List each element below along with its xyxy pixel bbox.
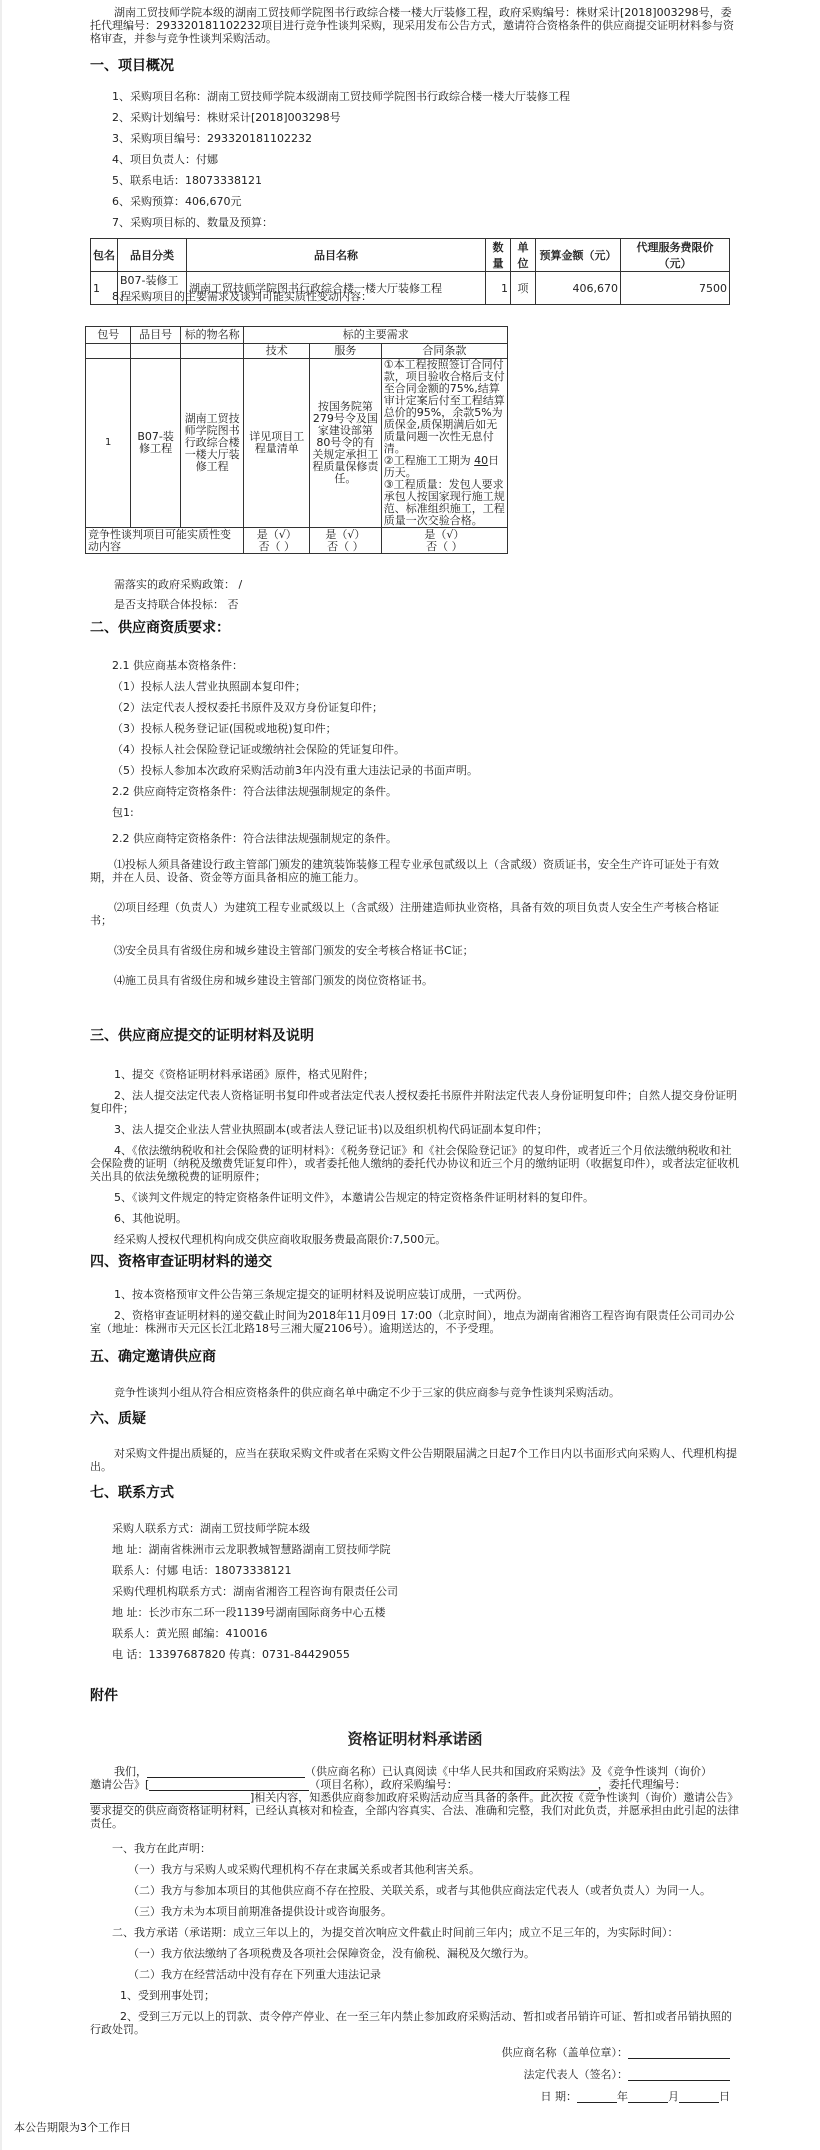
- record-item: 2、受到三万元以上的罚款、责令停产停业、在一至三年内禁止参加政府采购活动、暂扣或…: [90, 2010, 740, 2036]
- submission-list: 1、按本资格预审文件公告第三条规定提交的证明材料及说明应装订成册，一式两份。 2…: [90, 1288, 740, 1335]
- table-header: 数量: [486, 239, 511, 272]
- table-cell: 406,670: [536, 272, 621, 305]
- section-1-title: 一、项目概况: [90, 55, 174, 75]
- document-page: 湖南工贸技师学院本级的湖南工贸技师学院图书行政综合楼一楼大厅装修工程，政府采购编…: [0, 0, 820, 2150]
- submission-item: 2、资格审查证明材料的递交截止时间为2018年11月09日 17:00（北京时间…: [90, 1309, 740, 1335]
- basic-qual-title: 2.1 供应商基本资格条件：: [90, 659, 740, 673]
- section-7-title: 七、联系方式: [90, 1482, 174, 1502]
- table-cell: B07-装修工程: [131, 359, 180, 528]
- declaration-item: （二）我方与参加本项目的其他供应商不存在控股、关联关系，或者与其他供应商法定代表…: [90, 1884, 740, 1898]
- representative-signature-line: 法定代表人（签名）：: [422, 2068, 730, 2081]
- section-3-title: 三、供应商应提交的证明材料及说明: [90, 1025, 314, 1045]
- basic-qual-item: （4）投标人社会保险登记证或缴纳社会保险的凭证复印件。: [90, 743, 740, 757]
- requirements-table: 包号 品目号 标的物名称 标的主要需求 技术 服务 合同条款 1 B07-装修工…: [85, 326, 508, 554]
- signature-block: 供应商名称（盖单位章）： 法定代表人（签名）： 日 期：年月日: [422, 2046, 730, 2103]
- contact-line: 联系人：黄光照 邮编：410016: [90, 1627, 740, 1641]
- section-2-title: 二、供应商资质要求：: [90, 617, 230, 637]
- basic-qual-item: （5）投标人参加本次政府采购活动前3年内没有重大违法记录的书面声明。: [90, 764, 740, 778]
- declaration-title: 一、我方在此声明：: [90, 1842, 740, 1856]
- contact-line: 地 址：湖南省株洲市云龙职教城智慧路湖南工贸技师学院: [90, 1543, 740, 1557]
- yes-no-service: 是（√）否（ ）: [310, 528, 382, 554]
- table-header: 品目名称: [187, 239, 486, 272]
- project-name-blank: [149, 1779, 309, 1791]
- contact-line: 联系人：付娜 电话：18073338121: [90, 1564, 740, 1578]
- table-cell: 项: [511, 272, 536, 305]
- special-req-item: ⑴投标人须具备建设行政主管部门颁发的建筑装饰装修工程专业承包贰级以上（含贰级）资…: [90, 858, 740, 884]
- promise-item: （一）我方依法缴纳了各项税费及各项社会保障资金，没有偷税、漏税及欠缴行为。: [90, 1947, 740, 1961]
- contact-line: 采购人联系方式：湖南工贸技师学院本级: [90, 1522, 740, 1536]
- policy-line: 需落实的政府采购政策： /: [92, 578, 242, 592]
- table-header: 预算金额（元）: [536, 239, 621, 272]
- intro-section: 湖南工贸技师学院本级的湖南工贸技师学院图书行政综合楼一楼大厅装修工程，政府采购编…: [90, 6, 740, 45]
- contract-terms-cell: ①本工程按照签订合同付款，项目验收合格后支付至合同金额的75%,结算审计定案后付…: [381, 359, 507, 528]
- overview-item-8: 8、采购项目的主要需求及谈判可能实质性变动内容：: [90, 290, 372, 304]
- consortium-line: 是否支持联合体投标： 否: [92, 598, 239, 612]
- table-header: 包名: [91, 239, 118, 272]
- overview-item: 1、采购项目名称：湖南工贸技师学院本级湖南工贸技师学院图书行政综合楼一楼大厅装修…: [90, 90, 740, 104]
- yes-no-tech: 是（√）否（ ）: [244, 528, 310, 554]
- table-footer-label: 竞争性谈判项目可能实质性变动内容: [86, 528, 244, 554]
- notice-period-footer: 本公告期限为3个工作日: [14, 2121, 131, 2134]
- table-header: 合同条款: [381, 344, 507, 359]
- table-cell: 详见项目工程量清单: [244, 359, 310, 528]
- submission-item: 1、按本资格预审文件公告第三条规定提交的证明材料及说明应装订成册，一式两份。: [90, 1288, 740, 1301]
- declaration-item: （三）我方未为本项目前期准备提供设计或咨询服务。: [90, 1905, 740, 1919]
- date-line: 日 期：年月日: [422, 2090, 730, 2103]
- year-blank: [577, 2091, 617, 2103]
- contract-term-3: ③工程质量：发包人要求承包人按国家现行施工规范、标准组织施工，工程质量一次交验合…: [384, 478, 505, 527]
- attachment-label: 附件: [90, 1685, 118, 1705]
- contact-line: 地 址：长沙市东二环一段1139号湖南国际商务中心五楼: [90, 1606, 740, 1620]
- section-5-text: 竞争性谈判小组从符合相应资格条件的供应商名单中确定不少于三家的供应商参与竞争性谈…: [90, 1386, 740, 1399]
- project-overview-list: 1、采购项目名称：湖南工贸技师学院本级湖南工贸技师学院图书行政综合楼一楼大厅装修…: [90, 90, 740, 230]
- declaration-section: 一、我方在此声明： （一）我方与采购人或采购代理机构不存在隶属关系或者其他利害关…: [90, 1842, 740, 2036]
- table-header: 服务: [310, 344, 382, 359]
- table-header: 品目分类: [118, 239, 187, 272]
- table-header: 标的主要需求: [244, 327, 508, 344]
- section-5-title: 五、确定邀请供应商: [90, 1346, 216, 1366]
- overview-item: 5、联系电话：18073338121: [90, 174, 740, 188]
- contact-list: 采购人联系方式：湖南工贸技师学院本级 地 址：湖南省株洲市云龙职教城智慧路湖南工…: [90, 1522, 740, 1662]
- promise-item: （二）我方在经营活动中没有存在下列重大违法记录: [90, 1968, 740, 1982]
- table-cell: 1: [86, 359, 131, 528]
- special-req-item: ⑷施工员具有省级住房和城乡建设主管部门颁发的岗位资格证书。: [90, 974, 740, 987]
- special-req-item: ⑵项目经理（负责人）为建筑工程专业贰级以上（含贰级）注册建造师执业资格，具备有效…: [90, 901, 740, 927]
- table-header: 品目号: [131, 327, 180, 344]
- overview-item: 3、采购项目编号：293320181102232: [90, 132, 740, 146]
- table-cell: 7500: [621, 272, 730, 305]
- doc-item: 2、法人提交法定代表人资格证明书复印件或者法定代表人授权委托书原件并附法定代表人…: [90, 1089, 740, 1115]
- record-item: 1、受到刑事处罚；: [90, 1989, 740, 2003]
- table-header: 代理服务费限价（元）: [621, 239, 730, 272]
- representative-sign-blank: [628, 2069, 730, 2081]
- section-6-text: 对采购文件提出质疑的，应当在获取采购文件或者在采购文件公告期限届满之日起7个工作…: [90, 1447, 740, 1473]
- day-blank: [679, 2091, 719, 2103]
- doc-item: 4、《依法缴纳税收和社会保险费的证明材料》：《税务登记证》和《社会保险登记证》的…: [90, 1144, 740, 1183]
- supplier-seal-blank: [628, 2047, 730, 2059]
- commitment-letter-body: 我们，（供应商名称）已认真阅读《中华人民共和国政府采购法》及《竞争性谈判（询价）…: [90, 1765, 740, 1830]
- basic-qual-item: （3）投标人税务登记证(国税或地税)复印件；: [90, 722, 740, 736]
- agency-number-blank: [90, 1792, 250, 1804]
- service-fee-line: 经采购人授权代理机构向成交供应商收取服务费最高限价:7,500元。: [90, 1233, 740, 1246]
- basic-qualifications: 2.1 供应商基本资格条件： （1）投标人法人营业执照副本复印件； （2）法定代…: [90, 659, 740, 846]
- supplier-name-blank: [147, 1766, 305, 1778]
- table-header: 包号: [86, 327, 131, 344]
- declaration-item: （一）我方与采购人或采购代理机构不存在隶属关系或者其他利害关系。: [90, 1863, 740, 1877]
- special-requirements: ⑴投标人须具备建设行政主管部门颁发的建筑装饰装修工程专业承包贰级以上（含贰级）资…: [90, 858, 740, 987]
- procurement-number-blank: [458, 1779, 598, 1791]
- contact-line: 采购代理机构联系方式：湖南省湘咨工程咨询有限责任公司: [90, 1585, 740, 1599]
- table-header: 标的物名称: [180, 327, 244, 344]
- special-req-item: ⑶安全员具有省级住房和城乡建设主管部门颁发的安全考核合格证书C证；: [90, 944, 740, 957]
- doc-item: 6、其他说明。: [90, 1212, 740, 1225]
- overview-item: 7、采购项目标的、数量及预算：: [90, 216, 740, 230]
- contact-line: 电 话：13397687820 传真：0731-84429055: [90, 1648, 740, 1662]
- promise-title: 二、我方承诺（承诺期：成立三年以上的，为提交首次响应文件截止时间前三年内；成立不…: [90, 1926, 740, 1940]
- yes-no-contract: 是（√）否（ ）: [381, 528, 507, 554]
- doc-item: 5、《谈判文件规定的特定资格条件证明文件》，本邀请公告规定的特定资格条件证明材料…: [90, 1191, 740, 1204]
- doc-item: 1、提交《资格证明材料承诺函》原件，格式见附件；: [90, 1068, 740, 1081]
- table-cell: 湖南工贸技师学院图书行政综合楼一楼大厅装修工程: [180, 359, 244, 528]
- section-4-title: 四、资格审查证明材料的递交: [90, 1251, 272, 1271]
- doc-item: 3、法人提交企业法人营业执照副本(或者法人登记证书)以及组织机构代码证副本复印件…: [90, 1123, 740, 1136]
- special-qual-line: 2.2 供应商特定资格条件：符合法律法规强制规定的条件。: [90, 832, 740, 846]
- supplier-signature-line: 供应商名称（盖单位章）：: [422, 2046, 730, 2059]
- section-6-title: 六、质疑: [90, 1408, 146, 1428]
- special-qual-line: 2.2 供应商特定资格条件：符合法律法规强制规定的条件。: [90, 785, 740, 799]
- overview-item: 2、采购计划编号：株财采计[2018]003298号: [90, 111, 740, 125]
- month-blank: [628, 2091, 668, 2103]
- table-cell: 按国务院第279号令及国家建设部第80号令的有关规定承担工程质量保修责任。: [310, 359, 382, 528]
- contract-term-1: ①本工程按照签订合同付款，项目验收合格后支付至合同金额的75%,结算审计定案后付…: [384, 358, 505, 455]
- overview-item: 6、采购预算：406,670元: [90, 195, 740, 209]
- basic-qual-item: （1）投标人法人营业执照副本复印件；: [90, 680, 740, 694]
- basic-qual-item: （2）法定代表人授权委托书原件及双方身份证复印件；: [90, 701, 740, 715]
- package-label: 包1:: [90, 806, 740, 820]
- documents-list: 1、提交《资格证明材料承诺函》原件，格式见附件； 2、法人提交法定代表人资格证明…: [90, 1068, 740, 1246]
- table-header: 技术: [244, 344, 310, 359]
- table-header-row: 包名 品目分类 品目名称 数量 单位 预算金额（元） 代理服务费限价（元）: [91, 239, 730, 272]
- attachment-title: 资格证明材料承诺函: [90, 1728, 740, 1749]
- contract-days: 40: [474, 454, 488, 467]
- table-cell: 1: [486, 272, 511, 305]
- intro-paragraph: 湖南工贸技师学院本级的湖南工贸技师学院图书行政综合楼一楼大厅装修工程，政府采购编…: [90, 6, 740, 45]
- overview-item: 4、项目负责人：付娜: [90, 153, 740, 167]
- table-header: 单位: [511, 239, 536, 272]
